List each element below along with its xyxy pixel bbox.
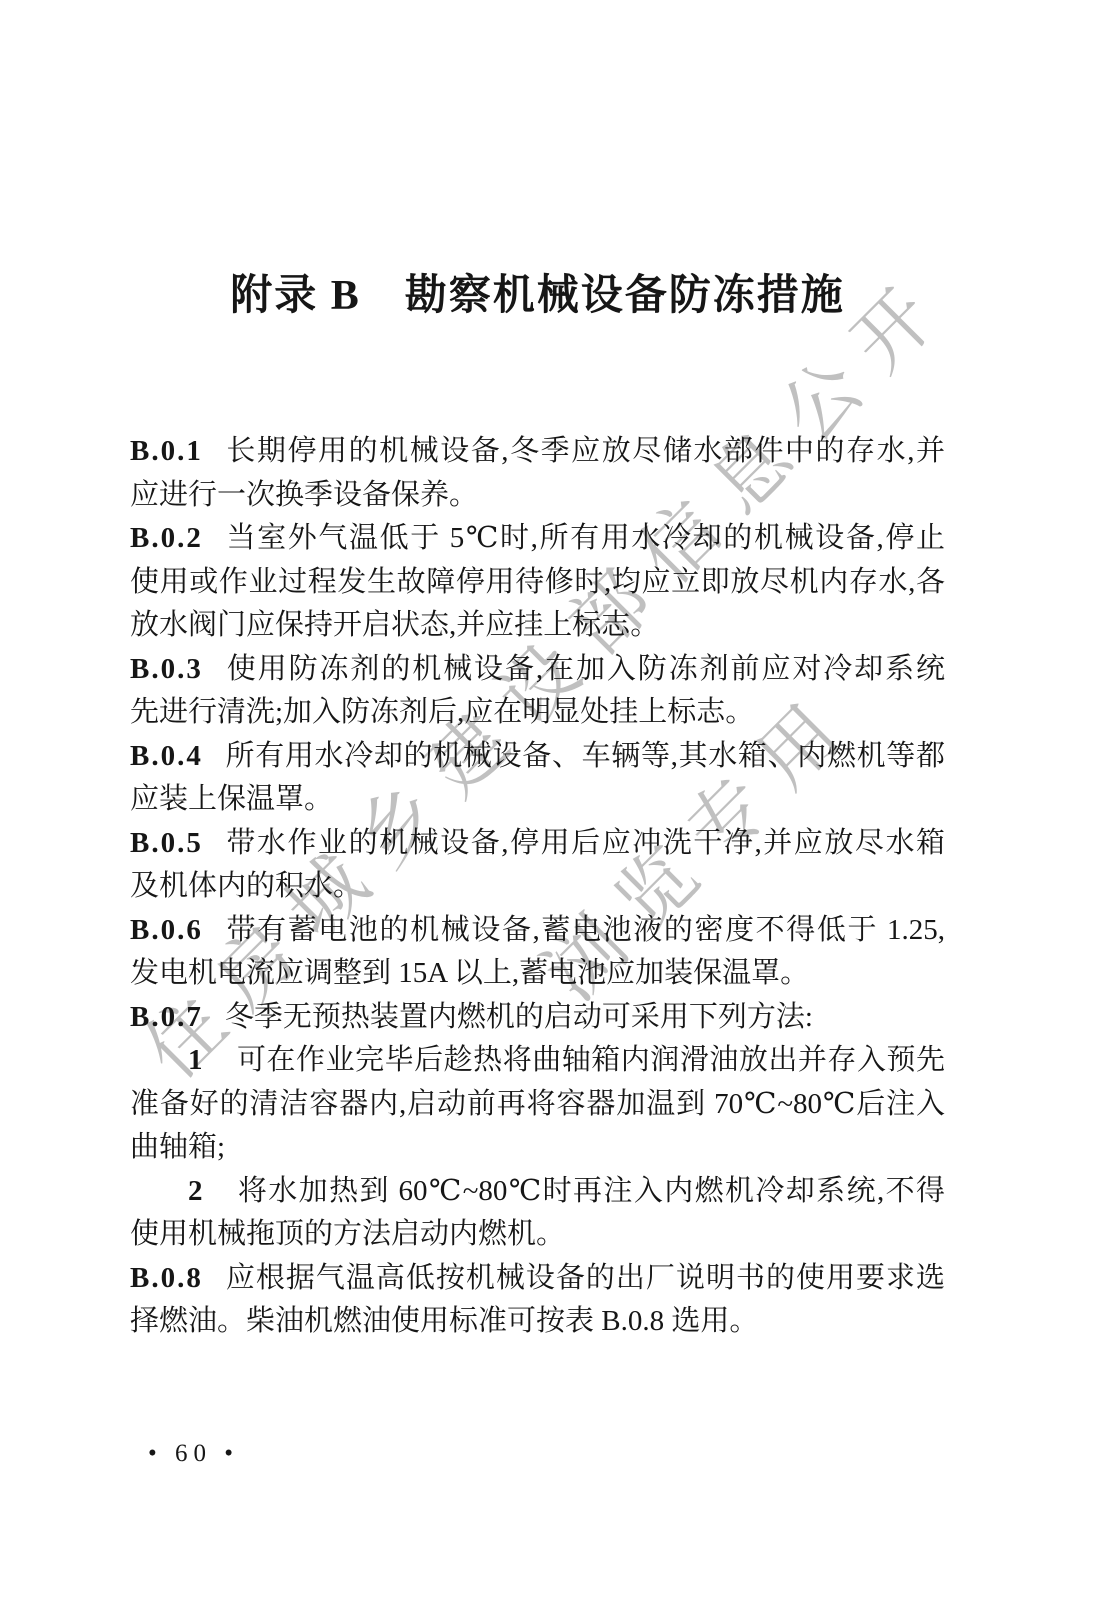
body-line-text: 使用机械拖顶的方法启动内燃机。 bbox=[130, 1218, 565, 1250]
body-line: 1可在作业完毕后趁热将曲轴箱内润滑油放出并存入预先 bbox=[130, 1039, 945, 1083]
body-line: B.0.7冬季无预热装置内燃机的启动可采用下列方法: bbox=[130, 996, 945, 1040]
section-label: B.0.2 bbox=[130, 522, 225, 554]
body-text: B.0.1长期停用的机械设备,冬季应放尽储水部件中的存水,并 应进行一次换季设备… bbox=[130, 430, 945, 1344]
body-line-text: 当室外气温低于 5℃时,所有用水冷却的机械设备,停止 bbox=[225, 522, 945, 554]
body-line: 2将水加热到 60℃~80℃时再注入内燃机冷却系统,不得 bbox=[130, 1170, 945, 1214]
body-line-text: 应进行一次换季设备保养。 bbox=[130, 479, 478, 511]
body-line-text: 带水作业的机械设备,停用后应冲洗干净,并应放尽水箱 bbox=[225, 827, 945, 859]
body-line: 发电机电流应调整到 15A 以上,蓄电池应加装保温罩。 bbox=[130, 952, 945, 996]
body-line: 及机体内的积水。 bbox=[130, 865, 945, 909]
body-line-text: 使用或作业过程发生故障停用待修时,均应立即放尽机内存水,各 bbox=[130, 566, 945, 598]
section-label: B.0.3 bbox=[130, 653, 225, 685]
page-number: • 60 • bbox=[148, 1440, 239, 1468]
body-line: 应装上保温罩。 bbox=[130, 778, 945, 822]
body-line: 准备好的清洁容器内,启动前再将容器加温到 70℃~80℃后注入 bbox=[130, 1083, 945, 1127]
section-label: B.0.1 bbox=[130, 435, 225, 467]
section-label: B.0.4 bbox=[130, 740, 225, 772]
body-line-text: 发电机电流应调整到 15A 以上,蓄电池应加装保温罩。 bbox=[130, 957, 809, 989]
section-label: B.0.7 bbox=[130, 1001, 225, 1033]
body-line: 使用或作业过程发生故障停用待修时,均应立即放尽机内存水,各 bbox=[130, 561, 945, 605]
body-line: 择燃油。柴油机燃油使用标准可按表 B.0.8 选用。 bbox=[130, 1300, 945, 1344]
body-line-text: 择燃油。柴油机燃油使用标准可按表 B.0.8 选用。 bbox=[130, 1305, 758, 1337]
body-line-text: 应装上保温罩。 bbox=[130, 783, 333, 815]
body-line-text: 所有用水冷却的机械设备、车辆等,其水箱、内燃机等都 bbox=[225, 740, 945, 772]
body-line: B.0.6带有蓄电池的机械设备,蓄电池液的密度不得低于 1.25, bbox=[130, 909, 945, 953]
body-line: B.0.2当室外气温低于 5℃时,所有用水冷却的机械设备,停止 bbox=[130, 517, 945, 561]
section-label: B.0.6 bbox=[130, 914, 225, 946]
body-line: B.0.5带水作业的机械设备,停用后应冲洗干净,并应放尽水箱 bbox=[130, 822, 945, 866]
body-line-text: 放水阀门应保持开启状态,并应挂上标志。 bbox=[130, 609, 659, 641]
body-line: 应进行一次换季设备保养。 bbox=[130, 474, 945, 518]
body-line-text: 带有蓄电池的机械设备,蓄电池液的密度不得低于 1.25, bbox=[225, 914, 945, 946]
body-line: 先进行清洗;加入防冻剂后,应在明显处挂上标志。 bbox=[130, 691, 945, 735]
body-line: B.0.3使用防冻剂的机械设备,在加入防冻剂前应对冷却系统 bbox=[130, 648, 945, 692]
body-line: 使用机械拖顶的方法启动内燃机。 bbox=[130, 1213, 945, 1257]
body-line-text: 长期停用的机械设备,冬季应放尽储水部件中的存水,并 bbox=[225, 435, 945, 467]
body-line-text: 及机体内的积水。 bbox=[130, 870, 362, 902]
body-line-text: 可在作业完毕后趁热将曲轴箱内润滑油放出并存入预先 bbox=[237, 1044, 946, 1076]
section-label: B.0.5 bbox=[130, 827, 225, 859]
body-line: 放水阀门应保持开启状态,并应挂上标志。 bbox=[130, 604, 945, 648]
item-number: 1 bbox=[188, 1044, 237, 1076]
body-line: B.0.4所有用水冷却的机械设备、车辆等,其水箱、内燃机等都 bbox=[130, 735, 945, 779]
body-line-text: 使用防冻剂的机械设备,在加入防冻剂前应对冷却系统 bbox=[225, 653, 945, 685]
body-line-text: 曲轴箱; bbox=[130, 1131, 225, 1163]
body-line: 曲轴箱; bbox=[130, 1126, 945, 1170]
section-label: B.0.8 bbox=[130, 1262, 225, 1294]
body-line-text: 准备好的清洁容器内,启动前再将容器加温到 70℃~80℃后注入 bbox=[130, 1088, 945, 1120]
page-title: 附录 B 勘察机械设备防冻措施 bbox=[130, 262, 945, 322]
body-line-text: 先进行清洗;加入防冻剂后,应在明显处挂上标志。 bbox=[130, 696, 754, 728]
body-line-text: 将水加热到 60℃~80℃时再注入内燃机冷却系统,不得 bbox=[237, 1175, 946, 1207]
body-line-text: 应根据气温高低按机械设备的出厂说明书的使用要求选 bbox=[225, 1262, 945, 1294]
body-line: B.0.1长期停用的机械设备,冬季应放尽储水部件中的存水,并 bbox=[130, 430, 945, 474]
body-line: B.0.8应根据气温高低按机械设备的出厂说明书的使用要求选 bbox=[130, 1257, 945, 1301]
body-line-text: 冬季无预热装置内燃机的启动可采用下列方法: bbox=[225, 1001, 813, 1033]
item-number: 2 bbox=[188, 1175, 237, 1207]
document-page: 住房城乡建设部信息公开 浏览专用 附录 B 勘察机械设备防冻措施 B.0.1长期… bbox=[0, 0, 1102, 1598]
